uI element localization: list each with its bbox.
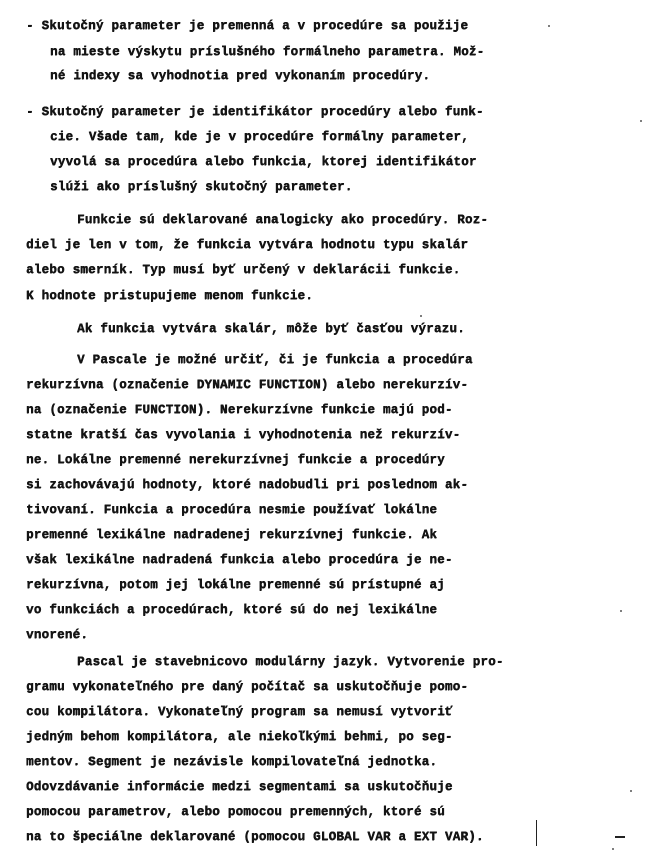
- text-line: né indexy sa vyhodnotia pred vykonaním p…: [50, 68, 430, 84]
- text-line: na to špeciálne deklarované (pomocou GLO…: [26, 829, 484, 845]
- text-line: Funkcie sú deklarované analogicky ako pr…: [77, 212, 488, 228]
- text-line: Odovzdávanie informácie medzi segmentami…: [26, 779, 453, 795]
- text-line: K hodnote pristupujeme menom funkcie.: [26, 288, 313, 304]
- text-line: statne kratší čas vyvolania i vyhodnoten…: [26, 427, 460, 443]
- text-line: na (označenie FUNCTION). Nerekurzívne fu…: [26, 402, 453, 418]
- scan-speck: [640, 120, 642, 122]
- text-line: gramu vykonateľného pre daný počítač sa …: [26, 679, 468, 695]
- text-line: slúži ako príslušný skutočný parameter.: [50, 179, 353, 195]
- text-line: rekurzívna, potom jej lokálne premenné s…: [26, 577, 445, 593]
- text-line: cie. Všade tam, kde je v procedúre formá…: [50, 129, 469, 145]
- text-line: vo funkciách a procedúrach, ktoré sú do …: [26, 602, 437, 618]
- text-line: diel je len v tom, že funkcia vytvára ho…: [26, 237, 468, 253]
- text-line: cou kompilátora. Vykonateľný program sa …: [26, 704, 453, 720]
- text-line: tivovaní. Funkcia a procedúra nesmie pou…: [26, 502, 437, 518]
- text-line: ne. Lokálne premenné nerekurzívnej funkc…: [26, 452, 445, 468]
- text-line: na mieste výskytu príslušného formálneho…: [50, 44, 484, 60]
- scan-speck: [612, 848, 614, 850]
- margin-mark: [536, 820, 537, 846]
- text-line: premenné lexikálne nadradenej rekurzívne…: [26, 527, 437, 543]
- text-line: mentov. Segment je nezávisle kompilovate…: [26, 754, 437, 770]
- text-line: rekurzívna (označenie DYNAMIC FUNCTION) …: [26, 377, 468, 393]
- text-line: jedným behom kompilátora, ale niekoľkými…: [26, 729, 453, 745]
- scan-speck: [630, 790, 632, 792]
- text-line: vyvolá sa procedúra alebo funkcia, ktore…: [50, 154, 477, 170]
- text-line: pomocou parametrov, alebo pomocou premen…: [26, 804, 445, 820]
- text-line: Pascal je stavebnicovo modulárny jazyk. …: [77, 654, 504, 670]
- scanned-document-page: - Skutočný parameter je premenná a v pro…: [0, 0, 660, 854]
- text-line: si zachovávajú hodnoty, ktoré nadobudli …: [26, 477, 468, 493]
- text-line: - Skutočný parameter je premenná a v pro…: [26, 18, 468, 34]
- text-line: V Pascale je možné určiť, či je funkcia …: [77, 352, 473, 368]
- text-line: alebo smerník. Typ musí byť určený v dek…: [26, 262, 460, 278]
- scan-speck: [620, 610, 622, 612]
- text-line: Ak funkcia vytvára skalár, môže byť časť…: [77, 321, 465, 337]
- scan-speck: [420, 315, 422, 317]
- text-line: však lexikálne nadradená funkcia alebo p…: [26, 552, 453, 568]
- text-line: vnorené.: [26, 627, 88, 643]
- scan-artifact: [615, 836, 625, 838]
- scan-speck: [548, 25, 550, 27]
- text-line: - Skutočný parameter je identifikátor pr…: [26, 104, 484, 120]
